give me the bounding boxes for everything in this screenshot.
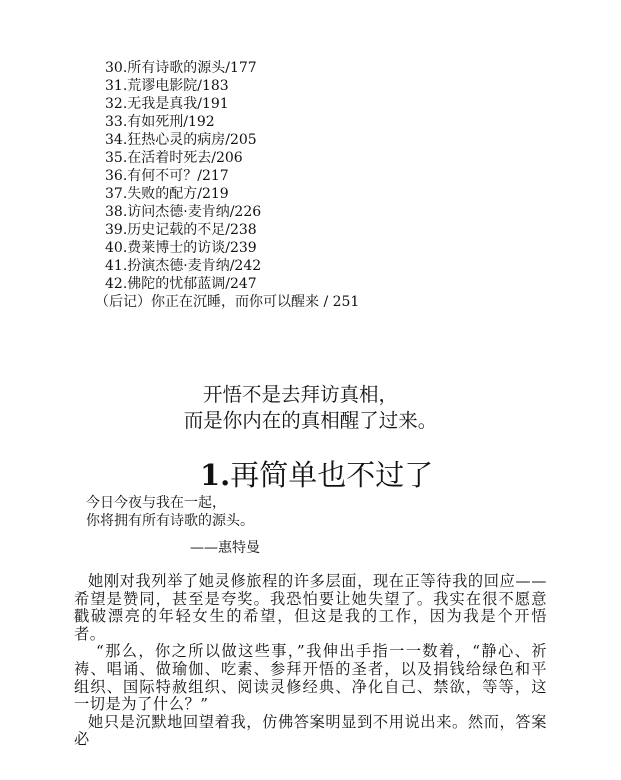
body-text: 她刚对我列举了她灵修旅程的许多层面，现在正等待我的回应——希望是赞同，甚至是夸奖… xyxy=(74,573,547,749)
toc-item[interactable]: 32.无我是真我/191 xyxy=(105,95,525,113)
motto-line-2: 而是你内在的真相醒了过来。 xyxy=(0,408,621,434)
toc-item[interactable]: 36.有何不可？/217 xyxy=(105,167,525,185)
epigraph-line-2: 你将拥有所有诗歌的源头。 xyxy=(86,512,254,530)
toc-item[interactable]: 38.访问杰德·麦肯纳/226 xyxy=(105,203,525,221)
paragraph: 她刚对我列举了她灵修旅程的许多层面，现在正等待我的回应——希望是赞同，甚至是夸奖… xyxy=(74,573,547,643)
toc-item[interactable]: 30.所有诗歌的源头/177 xyxy=(105,59,525,77)
chapter-title: 1.再简单也不过了 xyxy=(200,455,433,495)
toc-item-afterword[interactable]: （后记）你正在沉睡，而你可以醒来 / 251 xyxy=(95,293,525,311)
chapter-number: 1. xyxy=(200,458,230,492)
toc-item[interactable]: 40.费莱博士的访谈/239 xyxy=(105,239,525,257)
chapter-title-text: 再简单也不过了 xyxy=(230,458,433,492)
toc-item[interactable]: 37.失败的配方/219 xyxy=(105,185,525,203)
paragraph: “那么，你之所以做这些事，”我伸出手指一一数着，“静心、祈祷、唱诵、做瑜伽、吃素… xyxy=(74,643,547,713)
epigraph: 今日今夜与我在一起， 你将拥有所有诗歌的源头。 xyxy=(86,494,254,530)
toc-item[interactable]: 42.佛陀的忧郁蓝调/247 xyxy=(105,275,525,293)
document-page: 30.所有诗歌的源头/177 31.荒谬电影院/183 32.无我是真我/191… xyxy=(0,0,621,780)
table-of-contents: 30.所有诗歌的源头/177 31.荒谬电影院/183 32.无我是真我/191… xyxy=(105,59,525,311)
toc-item[interactable]: 33.有如死刑/192 xyxy=(105,113,525,131)
epigraph-line-1: 今日今夜与我在一起， xyxy=(86,494,254,512)
motto-line-1: 开悟不是去拜访真相， xyxy=(0,382,621,408)
epigraph-attribution: ——惠特曼 xyxy=(190,539,260,557)
toc-item[interactable]: 41.扮演杰德·麦肯纳/242 xyxy=(105,257,525,275)
paragraph: 她只是沉默地回望着我，仿佛答案明显到不用说出来。然而，答案必 xyxy=(74,714,547,749)
toc-item[interactable]: 39.历史记载的不足/238 xyxy=(105,221,525,239)
motto-quote: 开悟不是去拜访真相， 而是你内在的真相醒了过来。 xyxy=(0,382,621,434)
toc-item[interactable]: 34.狂热心灵的病房/205 xyxy=(105,131,525,149)
toc-item[interactable]: 35.在活着时死去/206 xyxy=(105,149,525,167)
toc-item[interactable]: 31.荒谬电影院/183 xyxy=(105,77,525,95)
